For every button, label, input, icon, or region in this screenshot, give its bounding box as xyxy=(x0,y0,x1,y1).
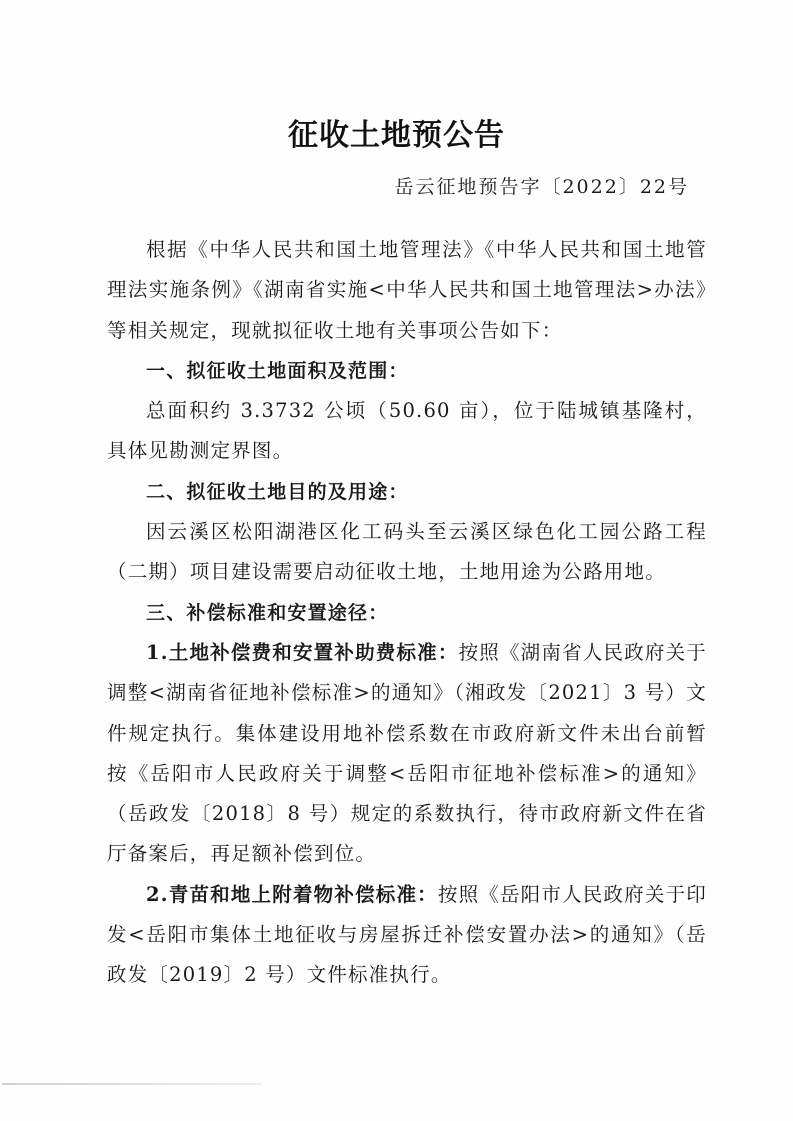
section-text-2: 因云溪区松阳湖港区化工码头至云溪区绿色化工园公路工程（二期）项目建设需要启动征收… xyxy=(107,512,707,593)
intro-paragraph: 根据《中华人民共和国土地管理法》《中华人民共和国土地管理法实施条例》《湖南省实施… xyxy=(107,230,707,351)
section-text-1: 总面积约 3.3732 公顷（50.60 亩），位于陆城镇基隆村，具体见勘测定界… xyxy=(107,391,707,472)
document-number: 岳云征地预告字〔2022〕22号 xyxy=(394,172,689,199)
section-heading-2: 二、拟征收土地目的及用途： xyxy=(107,472,707,512)
document-body: 根据《中华人民共和国土地管理法》《中华人民共和国土地管理法实施条例》《湖南省实施… xyxy=(107,230,707,996)
compensation-item-2-lead: 2.青苗和地上附着物补偿标准： xyxy=(146,883,438,906)
section-heading-3: 三、补偿标准和安置途径： xyxy=(107,593,707,633)
document-page: 征收土地预公告 岳云征地预告字〔2022〕22号 根据《中华人民共和国土地管理法… xyxy=(0,0,793,1121)
compensation-item-1: 1.土地补偿费和安置补助费标准：按照《湖南省人民政府关于调整<湖南省征地补偿标准… xyxy=(107,633,707,875)
document-title: 征收土地预公告 xyxy=(0,110,793,154)
compensation-item-1-lead: 1.土地补偿费和安置补助费标准： xyxy=(146,641,459,664)
section-heading-1: 一、拟征收土地面积及范围： xyxy=(107,351,707,391)
compensation-item-2: 2.青苗和地上附着物补偿标准：按照《岳阳市人民政府关于印发<岳阳市集体土地征收与… xyxy=(107,875,707,996)
scan-artifact-line xyxy=(2,1083,262,1085)
compensation-item-1-text: 按照《湖南省人民政府关于调整<湖南省征地补偿标准>的通知》（湘政发〔2021〕3… xyxy=(107,641,707,865)
